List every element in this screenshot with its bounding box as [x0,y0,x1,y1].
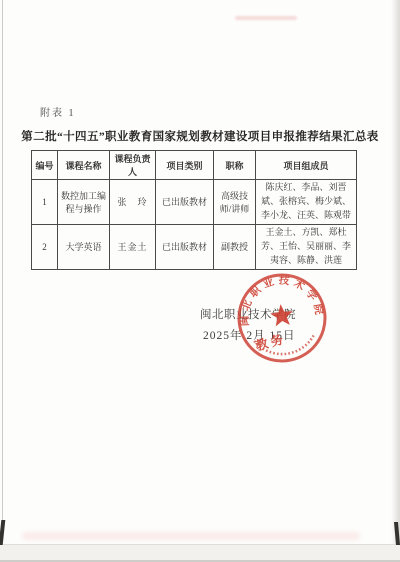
cell-course: 大学英语 [58,224,110,269]
scan-smudge-top [235,16,297,20]
document-title: 第二批“十四五”职业教育国家规划教材建设项目申报推荐结果汇总表 [20,128,380,144]
organization-name: 闽北职业技术学院 [200,306,296,322]
signature-date: 2025年 2月 15日 [203,327,296,343]
table-header-row: 编号 课程名称 课程负责人 项目类别 职称 项目组成员 [32,151,357,180]
header-number: 编号 [32,151,58,180]
cell-leader: 张 玲 [110,180,156,225]
cell-rank: 高级技师/讲师 [214,180,256,225]
cell-members: 王金土、方凯、郑杜芳、王怡、吴丽丽、李夷容、陈静、洪莲 [256,224,357,269]
cell-members: 陈庆红、李品、刘晋斌、张榕宾、梅少斌、李小龙、汪英、陈观带 [256,180,357,225]
summary-table: 编号 课程名称 课程负责人 项目类别 职称 项目组成员 1 数控加工编程与操作 … [31,150,357,270]
header-category: 项目类别 [156,151,214,180]
scan-corner-mark-left [0,520,5,545]
header-members: 项目组成员 [256,151,357,180]
attachment-label: 附表 1 [40,104,76,119]
header-leader: 课程负责人 [110,151,156,180]
scan-edge-bottom [0,544,400,562]
table-row: 2 大学英语 王金土 已出版教材 副教授 王金土、方凯、郑杜芳、王怡、吴丽丽、李… [32,224,357,269]
scan-edge-left [2,0,3,548]
table-row: 1 数控加工编程与操作 张 玲 已出版教材 高级技师/讲师 陈庆红、李品、刘晋斌… [32,180,357,225]
cell-rank: 副教授 [214,224,256,269]
cell-number: 1 [32,180,58,225]
scanned-document-page: 附表 1 第二批“十四五”职业教育国家规划教材建设项目申报推荐结果汇总表 编号 … [0,0,400,562]
cell-category: 已出版教材 [156,180,214,225]
cell-number: 2 [32,224,58,269]
scan-edge-right [391,0,400,562]
scan-smudge-bottom [22,532,360,540]
cell-leader: 王金土 [110,224,156,269]
header-course: 课程名称 [58,151,110,180]
header-rank: 职称 [214,151,256,180]
cell-category: 已出版教材 [156,224,214,269]
cell-course: 数控加工编程与操作 [58,180,110,225]
